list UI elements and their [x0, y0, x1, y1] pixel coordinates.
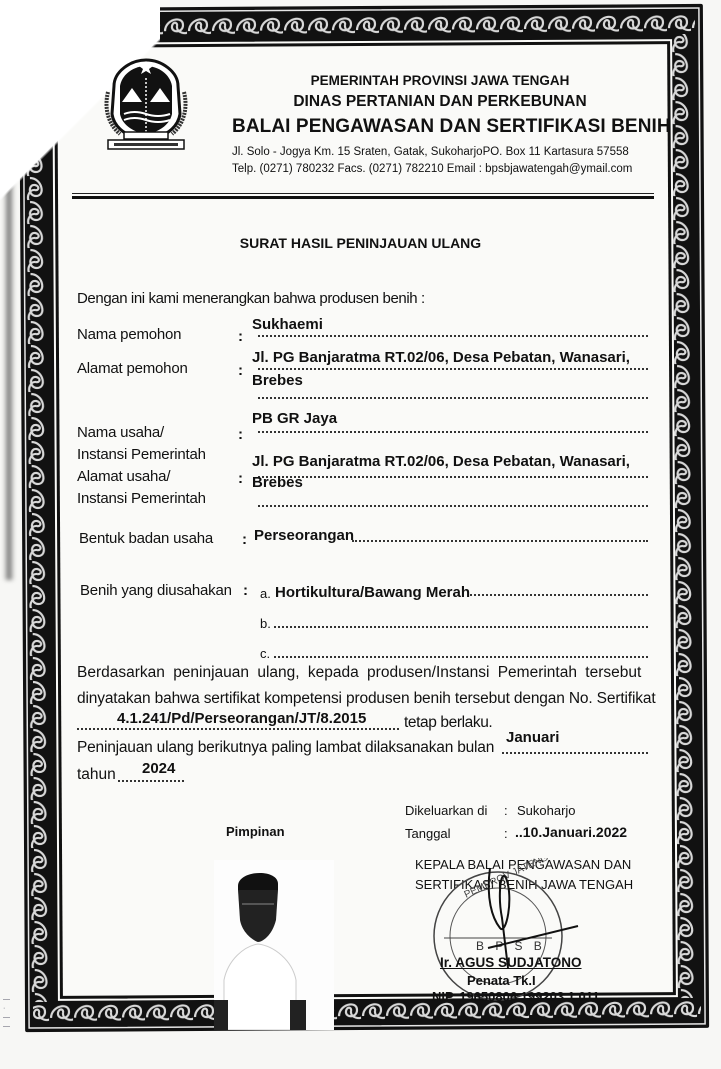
issued-at-label: Dikeluarkan di	[405, 803, 487, 818]
colon: :	[238, 470, 243, 487]
issued-at-value: Sukoharjo	[517, 803, 576, 818]
benih-marker-a: a.	[260, 586, 271, 601]
paragraph-line1: Berdasarkan peninjauan ulang, kepada pro…	[77, 664, 641, 682]
dotted-line	[258, 505, 648, 507]
label-benih: Benih yang diusahakan	[80, 582, 232, 599]
colon: :	[238, 426, 243, 443]
applicant-photo-icon	[214, 860, 334, 1030]
letterhead-office: BALAI PENGAWASAN DAN SERTIFIKASI BENIH	[232, 116, 652, 138]
official-nip: NIP. 19650806 199203 1 011	[432, 989, 599, 1004]
value-alamat-usaha-line1: Jl. PG Banjaratma RT.02/06, Desa Pebatan…	[252, 453, 630, 470]
colon: :	[504, 803, 508, 818]
header-rule-thin	[72, 193, 654, 194]
dotted-line	[352, 540, 648, 542]
dotted-line	[77, 728, 399, 730]
dotted-line	[258, 335, 648, 337]
dotted-line	[502, 752, 648, 754]
dotted-line	[258, 431, 648, 433]
certificate-suffix: tetap berlaku.	[404, 714, 492, 732]
pimpinan-label: Pimpinan	[226, 824, 285, 839]
dotted-line	[258, 476, 648, 478]
benih-marker-c: c.	[260, 646, 270, 661]
intro-text: Dengan ini kami menerangkan bahwa produs…	[77, 290, 425, 307]
dotted-line	[118, 780, 184, 782]
label-alamat-pemohon: Alamat pemohon	[77, 360, 188, 377]
colon: :	[242, 531, 247, 548]
paragraph-line2: dinyatakan bahwa sertifikat kompetensi p…	[77, 690, 655, 708]
benih-marker-b: b.	[260, 616, 271, 631]
label-alamat-usaha-instansi: Instansi Pemerintah	[77, 490, 206, 507]
letterhead-address: Jl. Solo - Jogya Km. 15 Sraten, Gatak, S…	[232, 146, 629, 158]
value-alamat-pemohon-line1: Jl. PG Banjaratma RT.02/06, Desa Pebatan…	[252, 349, 630, 366]
value-alamat-pemohon-line2: Brebes	[252, 372, 303, 389]
header-rule-thick	[72, 196, 654, 199]
label-nama-usaha: Nama usaha/	[77, 424, 164, 441]
label-nama-usaha-instansi: Instansi Pemerintah	[77, 446, 206, 463]
value-nama-usaha: PB GR Jaya	[252, 410, 337, 427]
colon: :	[238, 328, 243, 345]
colon: :	[238, 362, 243, 379]
official-rank: Penata Tk.I	[467, 973, 536, 988]
value-bentuk-badan-usaha: Perseorangan	[254, 527, 354, 544]
scan-margin-marks: —·——	[3, 995, 10, 1031]
colon: :	[243, 582, 248, 599]
label-bentuk-badan-usaha: Bentuk badan usaha	[79, 530, 213, 547]
label-alamat-usaha: Alamat usaha/	[77, 468, 170, 485]
document-title: SURAT HASIL PENINJAUAN ULANG	[0, 235, 721, 251]
next-review-month: Januari	[506, 729, 559, 746]
date-label: Tanggal	[405, 826, 451, 841]
dotted-line	[274, 626, 648, 628]
colon: :	[504, 826, 508, 841]
certificate-number: 4.1.241/Pd/Perseorangan/JT/8.2015	[117, 710, 366, 727]
dotted-line	[470, 594, 648, 596]
official-name: Ir. AGUS SUDJATONO	[440, 955, 582, 970]
svg-text:B P S B: B P S B	[476, 939, 546, 953]
letterhead-province: PEMERINTAH PROVINSI JAWA TENGAH	[230, 73, 650, 88]
jawa-tengah-emblem-icon	[100, 52, 192, 156]
value-nama-pemohon: Sukhaemi	[252, 316, 323, 333]
year-label: tahun	[77, 766, 116, 784]
letterhead-contact: Telp. (0271) 780232 Facs. (0271) 782210 …	[232, 163, 632, 175]
dotted-line	[274, 656, 648, 658]
next-review-year: 2024	[142, 760, 175, 777]
date-value: ..10.Januari.2022	[515, 824, 627, 840]
dotted-line	[258, 397, 648, 399]
letterhead-department: DINAS PERTANIAN DAN PERKEBUNAN	[230, 93, 650, 111]
next-review-text: Peninjauan ulang berikutnya paling lamba…	[77, 739, 494, 757]
dotted-line	[258, 368, 648, 370]
value-benih-a: Hortikultura/Bawang Merah	[275, 584, 470, 601]
label-nama-pemohon: Nama pemohon	[77, 326, 181, 343]
value-alamat-usaha-line2: Brebes	[252, 474, 303, 491]
